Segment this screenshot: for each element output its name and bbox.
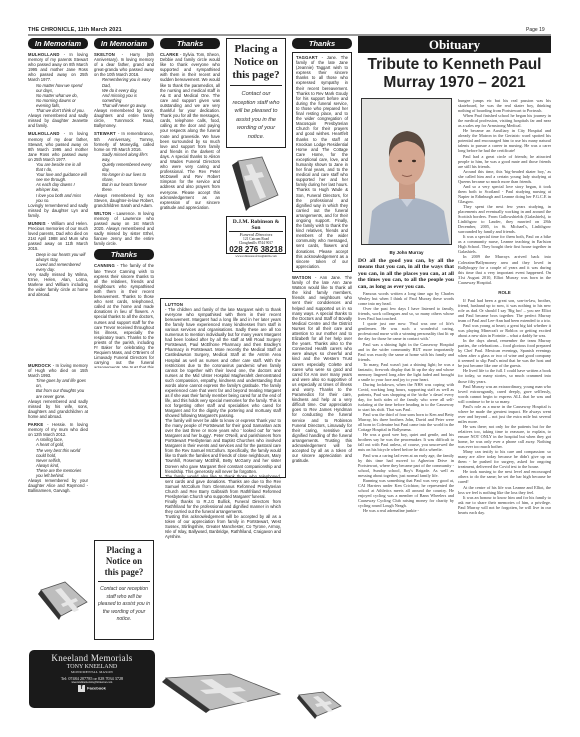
notice-watson: WATSON - Ann Jane. The family of the lat…	[292, 275, 352, 463]
section-heading-thanks: Thanks	[94, 249, 154, 260]
column-in-memoriam-1b: MURDOCK - In loving memory of Hugh who d…	[28, 363, 88, 563]
obituary-body-left: DO all the good you can, by all the mean…	[358, 258, 454, 718]
page-number: Page 19	[526, 27, 545, 33]
bible-icon	[228, 155, 284, 213]
obituary-byline: By John Murray	[361, 250, 452, 255]
portrait-photo	[361, 98, 452, 245]
publication-header: THE CHRONICLE, 11th March 2021	[28, 27, 122, 33]
role-subheading: ROLE	[458, 290, 551, 295]
bible-icon	[160, 672, 286, 714]
section-heading-in-memoriam-2: In Memoriam	[94, 38, 154, 49]
obituary-lead: DO all the good you can, by all the mean…	[358, 258, 454, 290]
notice-murdock: MURDOCK - In loving memory of Hugh who d…	[28, 363, 88, 419]
facebook-icon: f	[78, 685, 85, 692]
column-thanks-clarke: Thanks CLARKE - Sylvia. Tom, Sheon, Debb…	[160, 38, 220, 290]
section-heading-in-memoriam: In Memoriam	[28, 38, 88, 49]
notice-lutton: LUTTON - The children and family of the …	[160, 298, 286, 478]
notice-clarke: CLARKE - Sylvia. Tom, Sheon, Debbie and …	[160, 52, 220, 210]
obituary-section-bar: Obituary	[358, 36, 551, 53]
placing-notice-box: Placing a Notice on this page? Contact o…	[226, 38, 286, 148]
placing-notice-box-left: Placing a Notice on this page? Contact o…	[94, 540, 154, 640]
column-thanks-taggart: Thanks TAGGART - Jane. The family of the…	[292, 38, 352, 638]
facebook-link[interactable]: fFacebook	[29, 685, 155, 692]
notice-munnis: MUNNIS - William and Helen. Precious mem…	[28, 221, 88, 297]
kneeland-memorials-ad: Kneeland Memorials TONY KNEELAND MONUMEN…	[29, 650, 155, 708]
notice-taggart: TAGGART - Jane. The family of the late J…	[292, 52, 352, 272]
bible-icon	[35, 580, 90, 622]
notice-parke: PARKE - Hessie. In loving memory of my m…	[28, 422, 88, 493]
notice-stewart: STEWART - In remembrance, 5th Anniversar…	[94, 131, 154, 207]
obituary-headline: Tribute to Kenneth Paul Murray 1970 – 20…	[358, 56, 551, 92]
column-in-memoriam-2: In Memoriam SKELTON - Harry (5th Anniver…	[94, 38, 154, 368]
section-heading-thanks-2: Thanks	[160, 38, 220, 49]
notice-wilton: WILTON - Lawrence. In loving memory of L…	[94, 211, 154, 247]
column-in-memoriam-1: In Memoriam MULHOLLAND - In loving memor…	[28, 38, 88, 363]
notice-mulholland-1: MULHOLLAND - In loving memory of my pare…	[28, 52, 88, 128]
section-heading-thanks-3: Thanks	[292, 38, 352, 49]
portrait-image	[362, 99, 452, 245]
notice-skelton: SKELTON - Harry (5th Anniversary). In lo…	[94, 52, 154, 128]
obituary-body-right: bungee jumps etc but his real passion wa…	[458, 98, 551, 718]
bible-icon	[295, 690, 345, 720]
notice-mulholland-2: MULHOLLAND - In loving memory of my dear…	[28, 131, 88, 218]
djm-robinson-ad: D.J.M. Robinson & Son Funeral Directors …	[226, 216, 286, 254]
notice-canning: CANNING - The family of the late Trevor …	[94, 263, 154, 368]
